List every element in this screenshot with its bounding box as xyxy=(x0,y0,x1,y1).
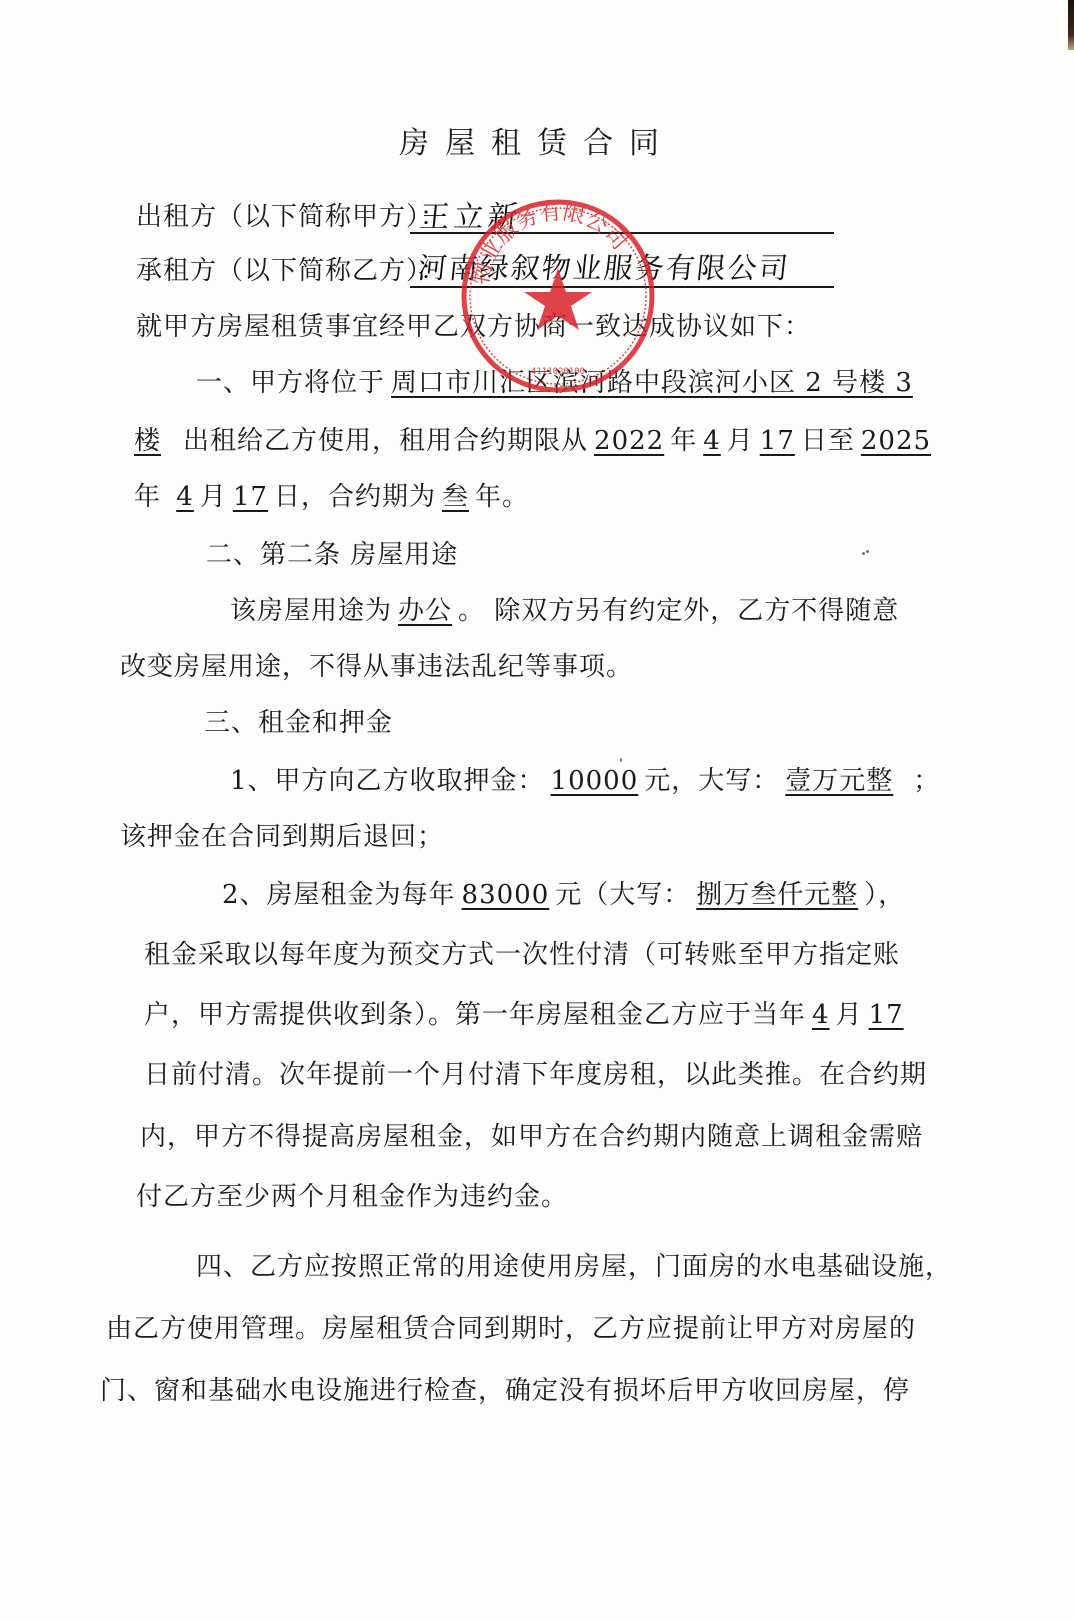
term-years: 叁 xyxy=(436,482,475,512)
rent-line6: 付乙方至少两个月租金作为违约金。 xyxy=(136,1180,568,1214)
clause1-mid: 出租给乙方使用，租用合约期限从 xyxy=(183,426,588,456)
clause3-heading: 三、租金和押金 xyxy=(204,706,393,740)
usage-prefix: 该房屋用途为 xyxy=(230,596,392,626)
clause1-line3: 年 4月17日，合约期为叁年。 xyxy=(134,480,529,514)
deposit-refund-line: 该押金在合同到期后退回； xyxy=(120,820,444,854)
start-year: 2022 xyxy=(588,426,670,456)
clause1-prefix: 一、甲方将位于 xyxy=(196,368,385,398)
scan-speck xyxy=(620,758,622,762)
lessee-name: 河南绿叙物业服务有限公司 xyxy=(416,246,792,287)
clause2-line2: 改变房屋用途，不得从事违法乱纪等事项。 xyxy=(120,650,633,684)
year-char: 年 xyxy=(670,426,697,456)
pay-day: 17 xyxy=(863,1000,910,1030)
contract-page: 房屋租赁合同 出租方（以下简称甲方）： 王立新 承租方（以下简称乙方）： 河南绿… xyxy=(0,0,1074,1622)
rent-mid: 元（大写： xyxy=(555,880,690,910)
clause4-line3: 门、窗和基础水电设施进行检查，确定没有损坏后甲方收回房屋，停 xyxy=(100,1374,910,1408)
clause4-line1: 四、乙方应按照正常的用途使用房屋，门面房的水电基础设施， xyxy=(196,1250,952,1284)
start-month: 4 xyxy=(697,426,727,456)
rent-words: 捌万叁仟元整 xyxy=(690,880,864,910)
rent-line3-prefix: 户，甲方需提供收到条）。第一年房屋租金乙方应于当年 xyxy=(144,1000,806,1030)
rent-amount: 83000 xyxy=(456,880,556,910)
property-address: 周口市川汇区滨河路中段滨河小区 2 号楼 3 xyxy=(385,368,919,398)
end-month: 4 xyxy=(170,482,200,512)
rent-line4: 日前付清。次年提前一个月付清下年度房租，以此类推。在合约期 xyxy=(144,1058,927,1092)
pay-month-char: 月 xyxy=(836,1000,863,1030)
usage-suffix: 。 除双方另有约定外，乙方不得随意 xyxy=(458,596,899,626)
lessee-label: 承租方（以下简称乙方）： xyxy=(136,254,447,288)
deposit-suffix: ； xyxy=(913,766,940,796)
scan-speck xyxy=(866,550,869,553)
clause1-line1: 一、甲方将位于周口市川汇区滨河路中段滨河小区 2 号楼 3 xyxy=(196,366,919,400)
term-suffix: 年。 xyxy=(475,482,529,512)
clause2-line1: 该房屋用途为办公。 除双方另有约定外，乙方不得随意 xyxy=(230,594,899,628)
pay-month: 4 xyxy=(806,1000,836,1030)
end-day: 17 xyxy=(227,482,274,512)
intro-text: 就甲方房屋租赁事宜经甲乙双方协商一致达成协议如下： xyxy=(136,310,811,344)
rent-line5: 内，甲方不得提高房屋租金，如甲方在合约期内随意上调租金需赔 xyxy=(140,1120,923,1154)
rent-line: 2、房屋租金为每年83000元（大写：捌万叁仟元整）， xyxy=(222,878,905,912)
deposit-mid: 元，大写： xyxy=(644,766,779,796)
property-usage: 办公 xyxy=(392,596,458,626)
lessor-label: 出租方（以下简称甲方）： xyxy=(136,200,447,234)
deposit-prefix: 1、甲方向乙方收取押金： xyxy=(230,766,545,796)
clause1-line2: 楼出租给乙方使用，租用合约期限从2022年4月17日至2025 xyxy=(134,424,937,458)
rent-line2: 租金采取以每年度为预交方式一次性付清（可转账至甲方指定账 xyxy=(144,938,900,972)
month-char: 月 xyxy=(200,482,227,512)
year-char: 年 xyxy=(134,482,161,512)
clause2-heading: 二、第二条 房屋用途 xyxy=(206,538,458,572)
property-address-cont: 楼 xyxy=(134,426,183,456)
clause4-line2: 由乙方使用管理。房屋租赁合同到期时，乙方应提前让甲方对房屋的 xyxy=(106,1312,916,1346)
start-day: 17 xyxy=(754,426,801,456)
rent-suffix: ）， xyxy=(864,880,905,910)
term-prefix: 日，合约期为 xyxy=(274,482,436,512)
deposit-amount: 10000 xyxy=(545,766,645,796)
scan-speck xyxy=(218,1200,220,1204)
month-char: 月 xyxy=(727,426,754,456)
document-title: 房屋租赁合同 xyxy=(0,118,1074,162)
day-to: 日至 xyxy=(801,426,855,456)
scan-speck xyxy=(862,552,865,555)
end-year: 2025 xyxy=(855,426,937,456)
scan-edge-mark xyxy=(1068,0,1074,50)
deposit-line: 1、甲方向乙方收取押金：10000元，大写：壹万元整； xyxy=(230,764,940,798)
lessor-name: 王立新 xyxy=(418,192,525,236)
rent-prefix: 2、房屋租金为每年 xyxy=(222,880,456,910)
deposit-words: 壹万元整 xyxy=(779,766,899,796)
rent-line3: 户，甲方需提供收到条）。第一年房屋租金乙方应于当年4月17 xyxy=(144,998,910,1032)
